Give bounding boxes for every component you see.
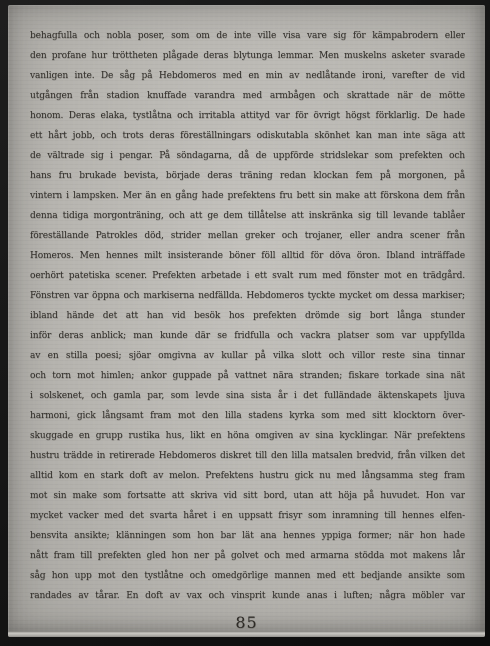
text-line: behagfulla och nobla poser, som om de in… [30,26,465,46]
text-line: harmoni, gick långsamt fram mot den lill… [30,406,465,426]
text-line: Homeros. Men hennes milt insisterande bö… [30,246,465,266]
text-line: utgången från stadion knuffade varandra … [30,86,465,106]
text-line: föreställande Patrokles död, strider mel… [30,226,465,246]
text-line: mycket vacker med det svarta håret i en … [30,506,465,526]
text-line: randades av tårar. En doft av vax och vi… [30,586,465,606]
text-line: ett hårt jobb, och trots deras föreställ… [30,126,465,146]
text-line: såg hon upp mot den tystlåtne och omedgö… [30,566,465,586]
text-line: nått fram till prefekten gled hon ner på… [30,546,465,566]
text-line: ibland hände det att han vid besök hos p… [30,306,465,326]
text-line: hustru trädde in retirerade Hebdomeros d… [30,446,465,466]
text-line: den profane hur tröttheten plågade deras… [30,46,465,66]
scanned-book-page: behagfulla och nobla poser, som om de in… [0,0,490,646]
text-line: de vältrade sig i pengar. På söndagarna,… [30,146,465,166]
text-line: vanligen inte. De såg på Hebdomeros med … [30,66,465,86]
text-line: Fönstren var öppna och markiserna nedfäl… [30,286,465,306]
text-line: inför deras anblick; man kunde där se fr… [30,326,465,346]
text-line: mot sin make som fortsatte att skriva vi… [30,486,465,506]
text-line: oerhört patetiska scener. Prefekten arbe… [30,266,465,286]
text-line: bensvita ansikte; klänningen som hon bar… [30,526,465,546]
text-line: och torn mot himlen; ankor guppade på va… [30,366,465,386]
text-line: i solskenet, och gamla par, som levde si… [30,386,465,406]
page-text-block: behagfulla och nobla poser, som om de in… [30,26,465,606]
text-line: alltid kom en stark doft av melon. Prefe… [30,466,465,486]
text-line: av en stilla poesi; sjöar omgivna av kul… [30,346,465,366]
book-page-paper: behagfulla och nobla poser, som om de in… [8,5,485,637]
text-line: hans fru brukade bevista, började deras … [30,166,465,186]
text-line: honom. Deras elaka, tystlåtna och irrita… [30,106,465,126]
page-bottom-edge [8,631,485,637]
text-line: skuggade en grupp rustika hus, likt en h… [30,426,465,446]
page-number: 85 [8,613,485,632]
text-line: denna tidiga morgonträning, och att ge d… [30,206,465,226]
text-line: vintern i lampsken. Mer än en gång hade … [30,186,465,206]
